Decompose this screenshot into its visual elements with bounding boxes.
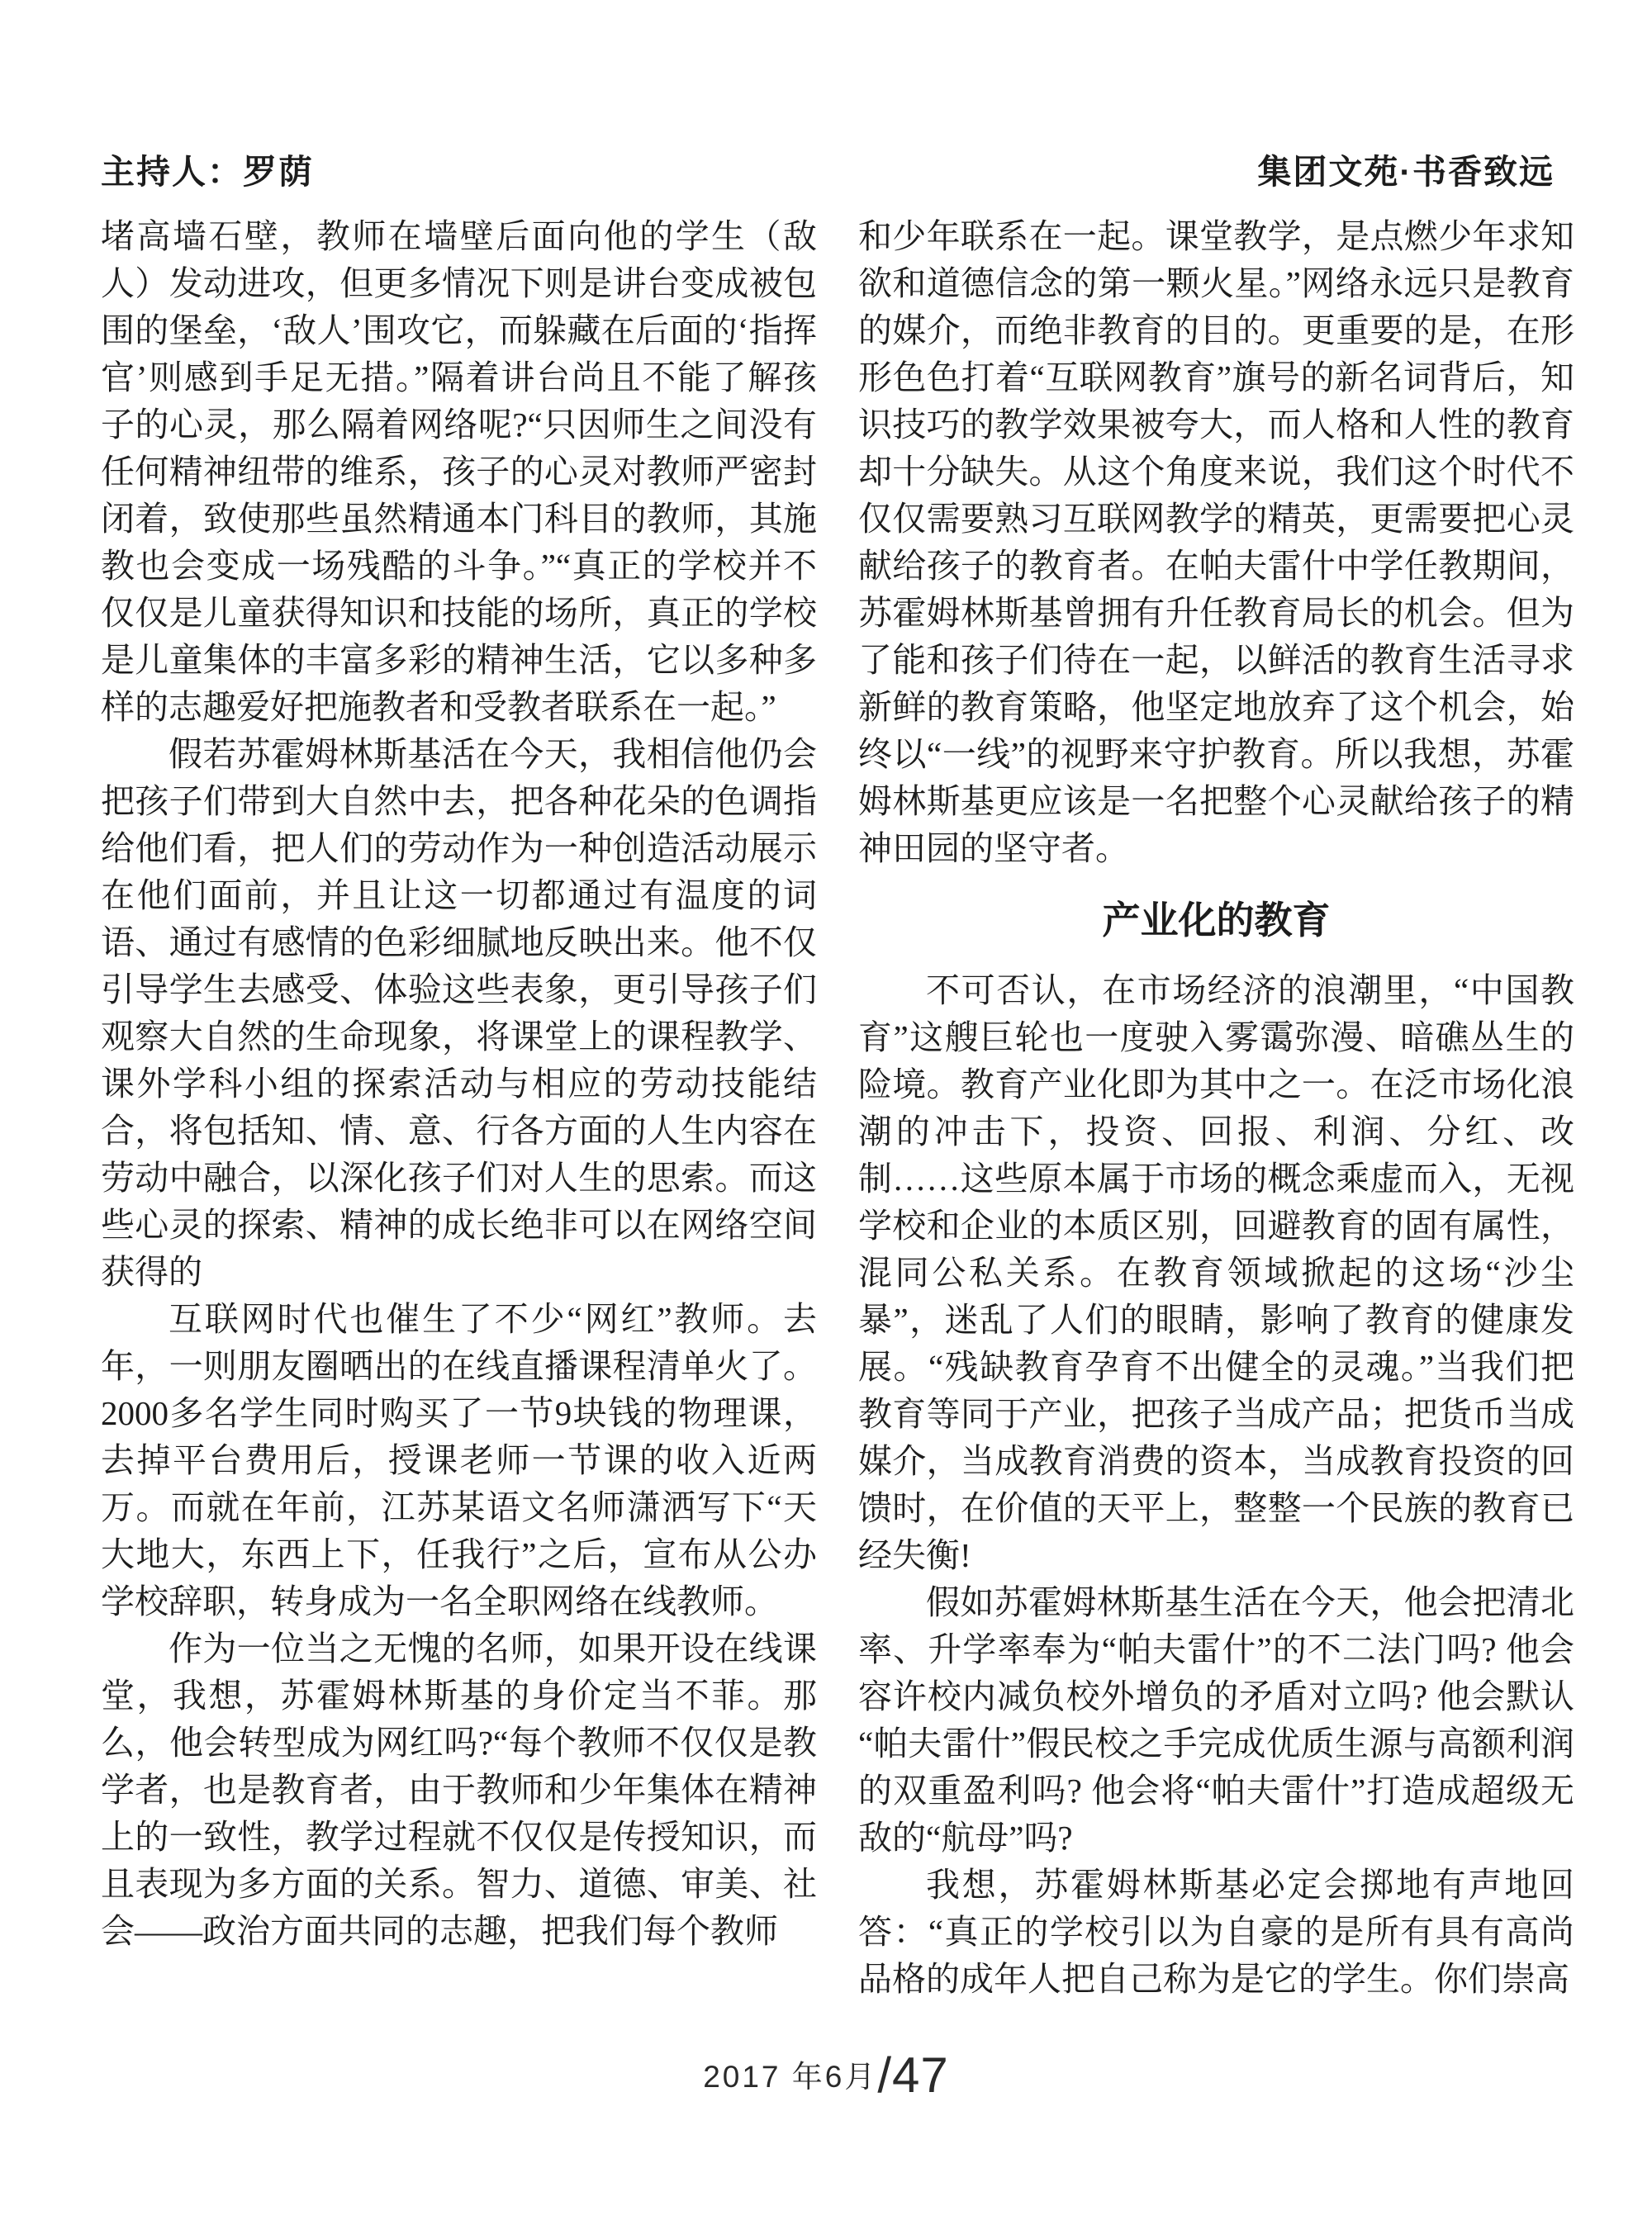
paragraph: 假若苏霍姆林斯基活在今天，我相信他仍会把孩子们带到大自然中去，把各种花朵的色调指… [101,731,817,1296]
paragraph: 我想，苏霍姆林斯基必定会掷地有声地回答：“真正的学校引以为自豪的是所有具有高尚品… [858,1862,1574,2003]
paragraph: 和少年联系在一起。课堂教学，是点燃少年求知欲和道德信念的第一颗火星。”网络永远只… [858,213,1574,872]
page-footer: 2017 年6月/47 [0,2047,1652,2104]
magazine-page: 主持人：罗荫 集团文苑·书香致远 堵高墙石壁，教师在墙壁后面向他的学生（敌人）发… [0,0,1652,2225]
right-column: 和少年联系在一起。课堂教学，是点燃少年求知欲和道德信念的第一颗火星。”网络永远只… [858,213,1574,2003]
paragraph: 互联网时代也催生了不少“网红”教师。去年，一则朋友圈晒出的在线直播课程清单火了。… [101,1296,817,1625]
footer-date: 2017 年6月 [703,2060,877,2094]
paragraph: 不可否认，在市场经济的浪潮里，“中国教育”这艘巨轮也一度驶入雾霭弥漫、暗礁丛生的… [858,967,1574,1579]
footer-page-number: /47 [877,2047,948,2103]
header-host-label: 主持人：罗荫 [101,152,314,192]
paragraph: 假如苏霍姆林斯基生活在今天，他会把清北率、升学率奉为“帕夫雷什”的不二法门吗? … [858,1579,1574,1862]
page-header: 主持人：罗荫 集团文苑·书香致远 [101,152,1555,192]
header-section-label: 集团文苑·书香致远 [1257,152,1555,192]
left-column: 堵高墙石壁，教师在墙壁后面向他的学生（敌人）发动进攻，但更多情况下则是讲台变成被… [101,213,817,2003]
paragraph: 堵高墙石壁，教师在墙壁后面向他的学生（敌人）发动进攻，但更多情况下则是讲台变成被… [101,213,817,731]
paragraph: 作为一位当之无愧的名师，如果开设在线课堂，我想，苏霍姆林斯基的身价定当不菲。那么… [101,1625,817,1955]
section-heading: 产业化的教育 [858,897,1574,944]
article-body: 堵高墙石壁，教师在墙壁后面向他的学生（敌人）发动进攻，但更多情况下则是讲台变成被… [101,213,1574,2003]
